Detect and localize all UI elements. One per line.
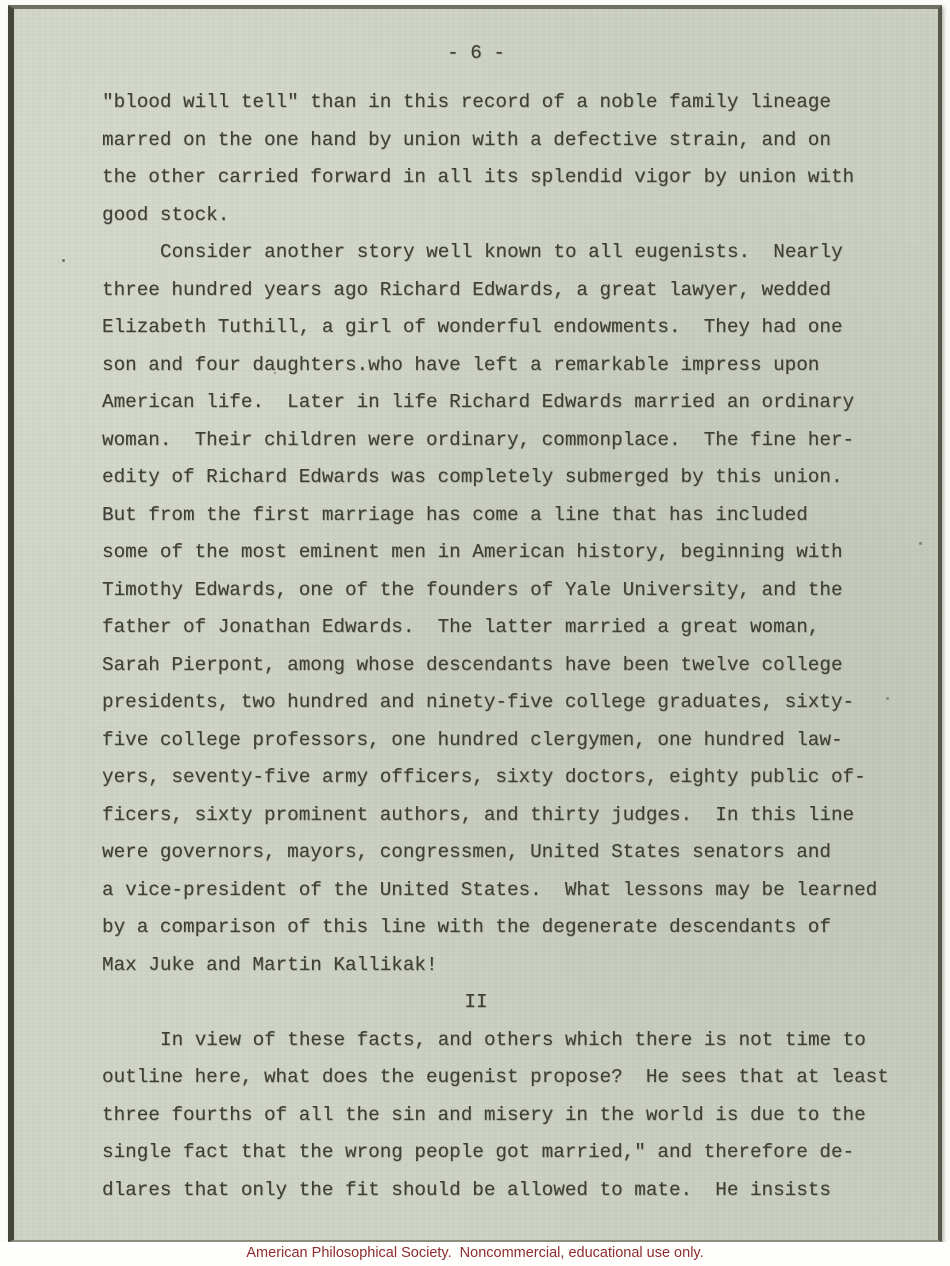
- typed-line: Sarah Pierpont, among whose descendants …: [102, 647, 850, 685]
- typed-line: the other carried forward in all its spl…: [102, 159, 850, 197]
- typed-line: marred on the one hand by union with a d…: [102, 122, 850, 160]
- paper-speck: [919, 542, 922, 545]
- page-number: - 6 -: [14, 42, 938, 64]
- typed-line: by a comparison of this line with the de…: [102, 909, 850, 947]
- typed-line: Consider another story well known to all…: [102, 234, 850, 272]
- typed-line: "blood will tell" than in this record of…: [102, 84, 850, 122]
- typed-line: Max Juke and Martin Kallikak!: [102, 947, 850, 985]
- typed-line: three fourths of all the sin and misery …: [102, 1097, 850, 1135]
- typed-line: three hundred years ago Richard Edwards,…: [102, 272, 850, 310]
- paper-speck: [274, 372, 276, 374]
- typed-line: single fact that the wrong people got ma…: [102, 1134, 850, 1172]
- typed-line: five college professors, one hundred cle…: [102, 722, 850, 760]
- typed-line: In view of these facts, and others which…: [102, 1022, 850, 1060]
- scanned-document: - 6 - "blood will tell" than in this rec…: [0, 0, 950, 1266]
- typed-line: outline here, what does the eugenist pro…: [102, 1059, 850, 1097]
- typed-line: ficers, sixty prominent authors, and thi…: [102, 797, 850, 835]
- typed-line: father of Jonathan Edwards. The latter m…: [102, 609, 850, 647]
- typed-line: presidents, two hundred and ninety-five …: [102, 684, 850, 722]
- typed-line: But from the first marriage has come a l…: [102, 497, 850, 535]
- typed-line: yers, seventy-five army officers, sixty …: [102, 759, 850, 797]
- typed-line: woman. Their children were ordinary, com…: [102, 422, 850, 460]
- section-heading: II: [102, 984, 850, 1022]
- paper-speck: [62, 259, 65, 262]
- typed-line: edity of Richard Edwards was completely …: [102, 459, 850, 497]
- paper-speck: [886, 697, 889, 700]
- typed-line: some of the most eminent men in American…: [102, 534, 850, 572]
- typed-line: Timothy Edwards, one of the founders of …: [102, 572, 850, 610]
- typed-line: a vice-president of the United States. W…: [102, 872, 850, 910]
- typed-line: son and four daughters.who have left a r…: [102, 347, 850, 385]
- document-page: - 6 - "blood will tell" than in this rec…: [8, 5, 942, 1242]
- typed-line: dlares that only the fit should be allow…: [102, 1172, 850, 1210]
- typed-line: Elizabeth Tuthill, a girl of wonderful e…: [102, 309, 850, 347]
- typed-line: were governors, mayors, congressmen, Uni…: [102, 834, 850, 872]
- footer-credit: American Philosophical Society. Noncomme…: [0, 1245, 950, 1261]
- typed-text-block: "blood will tell" than in this record of…: [14, 84, 938, 1209]
- typed-line: good stock.: [102, 197, 850, 235]
- typed-line: American life. Later in life Richard Edw…: [102, 384, 850, 422]
